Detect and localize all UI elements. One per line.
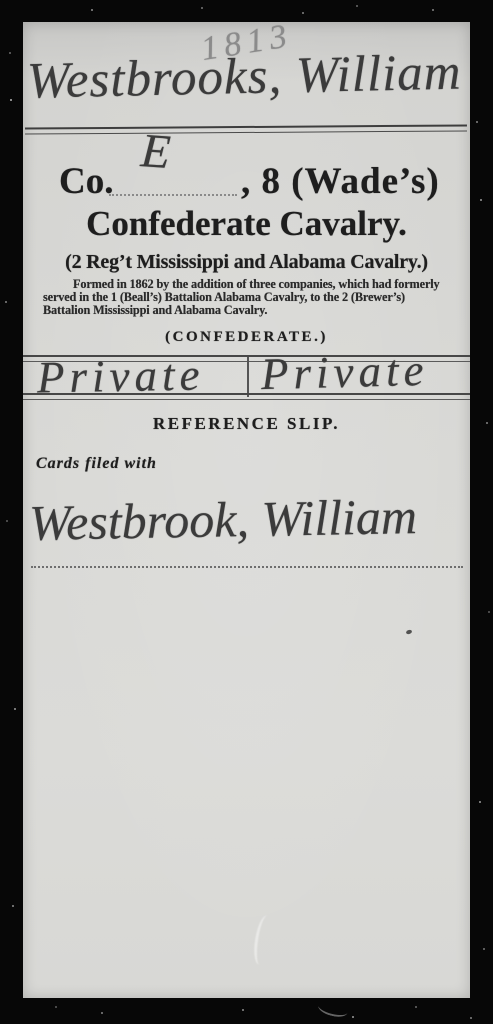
paper-crease-mark (252, 914, 274, 966)
confederate-label: (CONFEDERATE.) (23, 329, 470, 346)
name-underline-rule (25, 124, 467, 134)
film-grain-specks (0, 0, 2, 2)
company-letter-handwritten: E (139, 123, 172, 180)
filed-with-dotted-line (31, 566, 463, 568)
regiment-number-text: , 8 (Wade’s) (241, 160, 440, 203)
rank-left-handwritten: Private (37, 349, 205, 404)
reference-slip-title: REFERENCE SLIP. (23, 414, 470, 434)
rank-column-divider (247, 357, 249, 397)
unit-formation-note: Formed in 1862 by the addition of three … (43, 278, 451, 317)
rank-right-handwritten: Private (260, 344, 429, 400)
scan-background: 1813 Westbrooks, William Co. E , 8 (Wade… (0, 0, 493, 1024)
unit-alternate-designation: (2 Reg’t Mississippi and Alabama Cavalry… (23, 251, 470, 274)
filed-with-name-handwritten: Westbrook, William (29, 486, 470, 552)
company-label: Co. (59, 160, 113, 203)
unit-name-title: Confederate Cavalry. (23, 204, 470, 244)
cards-filed-with-label: Cards filed with (36, 455, 157, 473)
soldier-name-handwritten: Westbrooks, William (26, 43, 469, 110)
company-blank-line (109, 194, 237, 196)
reference-slip-card: 1813 Westbrooks, William Co. E , 8 (Wade… (23, 22, 470, 998)
ink-speck-mark (405, 629, 412, 635)
scratch-mark (317, 999, 349, 1020)
